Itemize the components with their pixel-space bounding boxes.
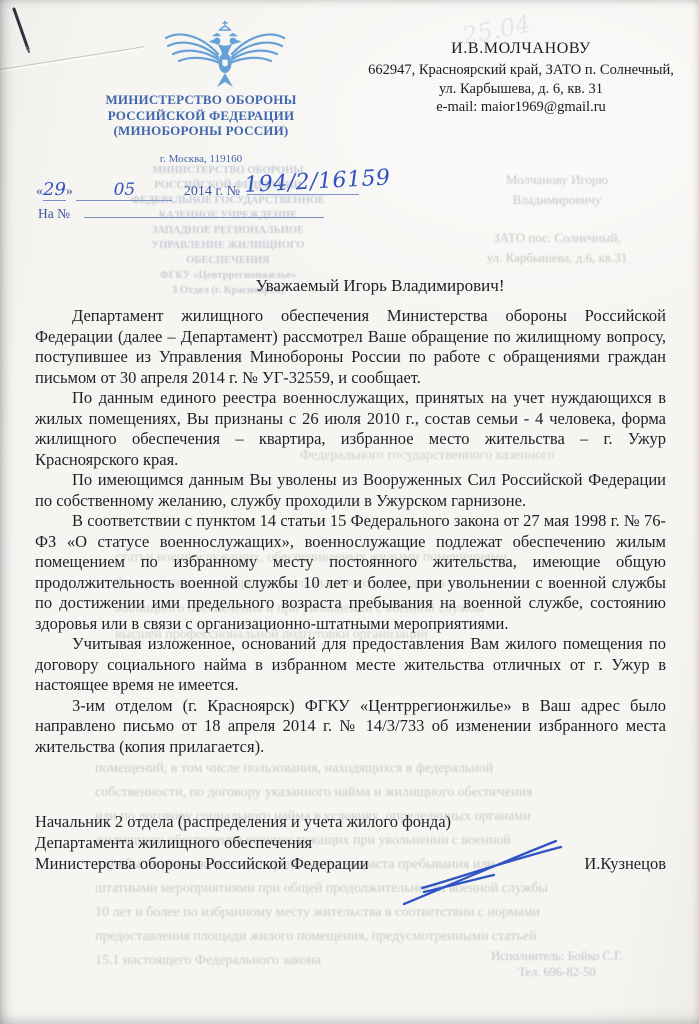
ministry-name-line: РОССИЙСКОЙ ФЕДЕРАЦИИ [40, 108, 362, 124]
bleedthrough-address: ЗАТО пос. Солнечный, ул. Карбышева, д.6,… [442, 228, 672, 268]
signer-name: И.Кузнецов [584, 854, 666, 875]
recipient-email: e-mail: maior1969@gmail.ru [350, 98, 692, 117]
paragraph: Департамент жилищного обеспечения Минист… [35, 306, 666, 388]
reference-line: «29» 05 2014 г. № 194/2/16159 [36, 179, 359, 201]
ministry-name-block: МИНИСТЕРСТВО ОБОРОНЫ РОССИЙСКОЙ ФЕДЕРАЦИ… [40, 92, 362, 139]
reply-reference-label: На № [38, 206, 70, 221]
handwritten-signature [398, 832, 578, 916]
year-number-label: 2014 г. № [184, 184, 240, 199]
paragraph: В соответствии с пунктом 14 статьи 15 Фе… [35, 511, 666, 634]
reply-reference-line: На № [38, 206, 324, 222]
signer-position-line: Министерства обороны Российской Федераци… [35, 854, 369, 875]
quote-open: « [36, 184, 43, 199]
signer-position-line: Начальник 2 отдела (распределения и учет… [35, 812, 666, 833]
ministry-city: г. Москва, 119160 [40, 153, 362, 165]
recipient-name: И.В.МОЛЧАНОВУ [350, 40, 692, 58]
ministry-name-line: МИНИСТЕРСТВО ОБОРОНЫ [40, 92, 362, 108]
scanned-letter-page: МИНИСТЕРСТВО ОБОРОНЫ РОССИЙСКОЙ ФЕДЕРАЦИ… [0, 0, 699, 1024]
handwritten-month: 05 [114, 180, 136, 200]
handwritten-outgoing-number: 194/2/16159 [244, 165, 391, 198]
handwritten-day: 29 [43, 179, 66, 200]
salutation: Уважаемый Игорь Владимирович! [80, 276, 680, 296]
recipient-address-line: ул. Карбышева, д. 6, кв. 31 [350, 80, 692, 99]
bleedthrough-executor: Исполнитель: Бойко С.Г. Тел. 696-82-50 [462, 948, 652, 980]
letter-body: Департамент жилищного обеспечения Минист… [35, 306, 666, 757]
recipient-address-line: 662947, Красноярский край, ЗАТО п. Солне… [350, 61, 692, 80]
bleedthrough-recipient: Молчанову Игорю Владимировичу [442, 170, 672, 210]
paragraph: Учитывая изложенное, оснований для предо… [35, 634, 666, 696]
pen-mark-icon [8, 5, 38, 57]
paragraph: По данным единого реестра военнослужащих… [35, 388, 666, 470]
quote-close: » [66, 184, 73, 199]
ministry-name-line: (МИНОБОРОНЫ РОССИИ) [40, 123, 362, 139]
paragraph: По имеющимся данным Вы уволены из Вооруж… [35, 470, 666, 511]
recipient-block: И.В.МОЛЧАНОВУ 662947, Красноярский край,… [350, 40, 692, 117]
paragraph: 3-им отделом (г. Красноярск) ФГКУ «Центр… [35, 696, 666, 758]
